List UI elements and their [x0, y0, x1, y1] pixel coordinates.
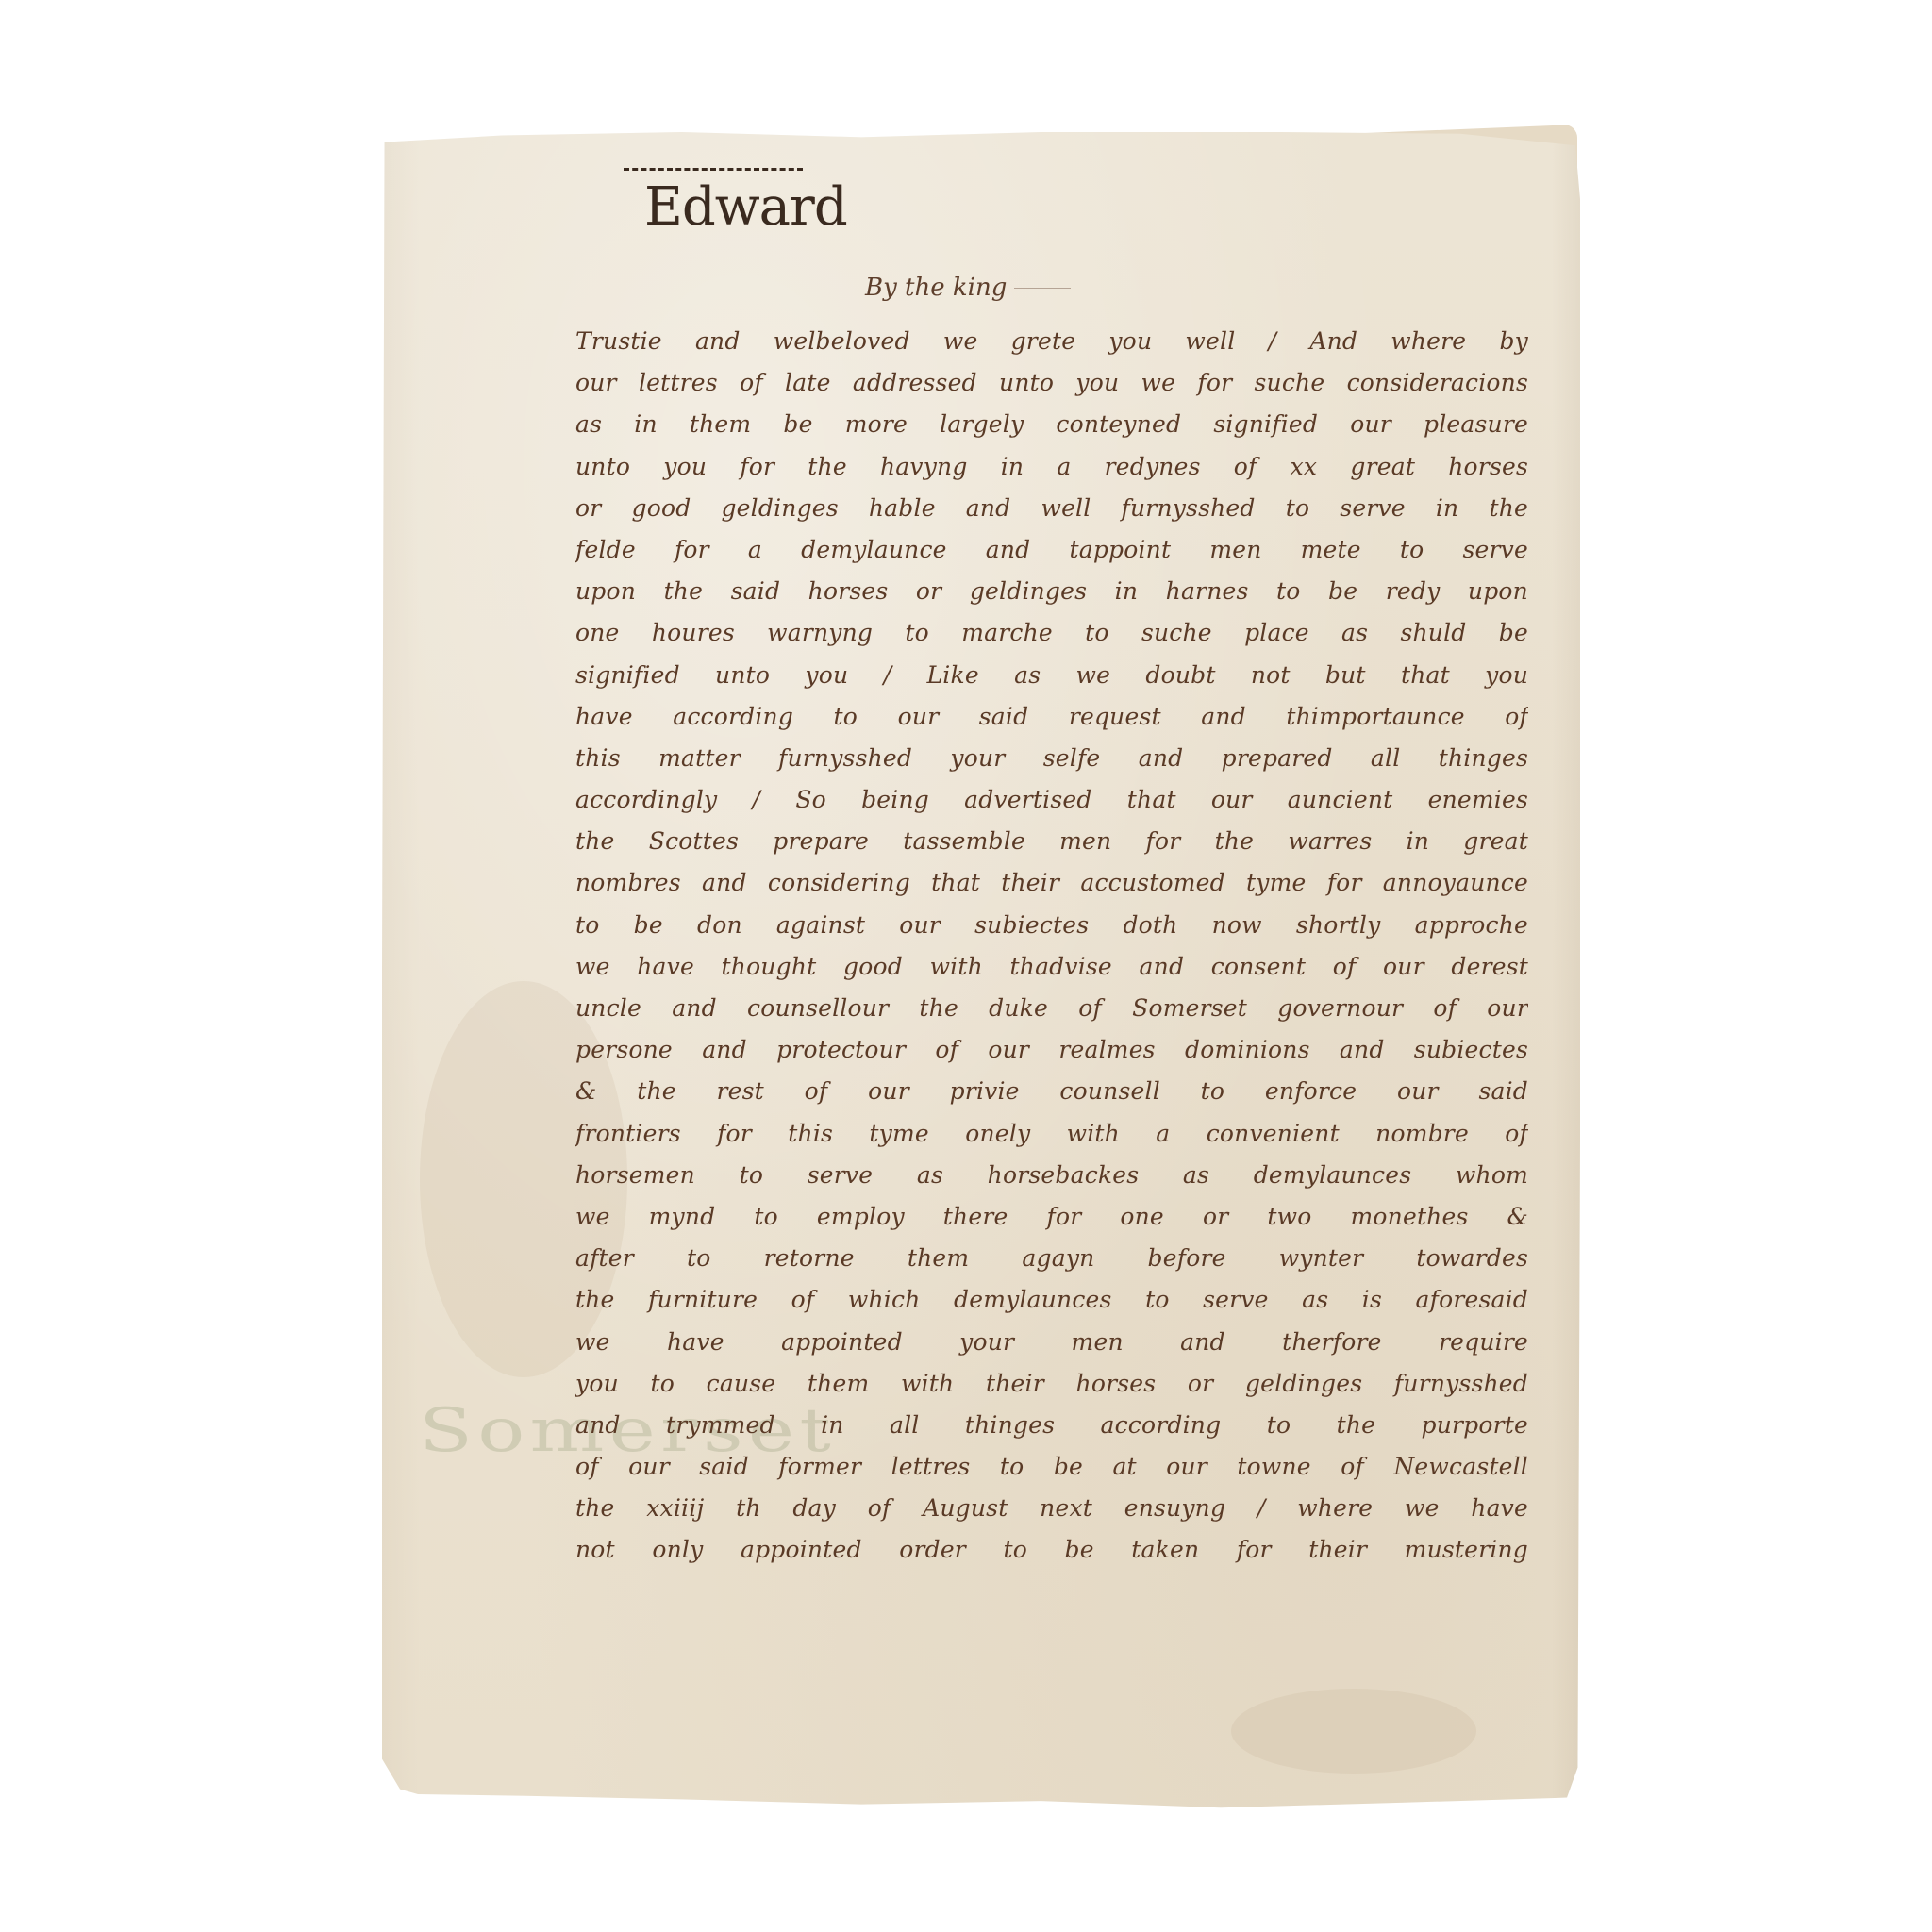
text-line: as in them be more largely conteyned sig…: [575, 404, 1528, 445]
text-line: and trymmed in all thinges according to …: [575, 1405, 1528, 1446]
text-line: have according to our said request and t…: [575, 696, 1528, 738]
text-line: nombres and considering that their accus…: [575, 862, 1528, 904]
text-line: not only appointed order to be taken for…: [575, 1529, 1528, 1571]
text-line: we mynd to employ there for one or two m…: [575, 1196, 1528, 1238]
royal-signature: Edward: [644, 181, 847, 234]
text-line: the xxiiij th day of August next ensuyng…: [575, 1488, 1528, 1529]
text-line: our lettres of late addressed unto you w…: [575, 362, 1528, 404]
text-line: you to cause them with their horses or g…: [575, 1363, 1528, 1405]
text-line: persone and protectour of our realmes do…: [575, 1029, 1528, 1071]
letter-body: Trustie and welbeloved we grete you well…: [575, 321, 1528, 1572]
text-line: to be don against our subiectes doth now…: [575, 905, 1528, 946]
text-line: horsemen to serve as horsebackes as demy…: [575, 1155, 1528, 1196]
text-line: Trustie and welbeloved we grete you well…: [575, 321, 1528, 362]
text-line: or good geldinges hable and well furnyss…: [575, 488, 1528, 529]
text-line: we have thought good with thadvise and c…: [575, 946, 1528, 988]
text-line: signified unto you / Like as we doubt no…: [575, 655, 1528, 696]
text-line: & the rest of our privie counsell to enf…: [575, 1071, 1528, 1112]
manuscript-page: Somerset Edward By the king Trustie and …: [382, 132, 1580, 1809]
text-line: the furniture of which demylaunces to se…: [575, 1279, 1528, 1321]
text-line: one houres warnyng to marche to suche pl…: [575, 612, 1528, 654]
signature-text: Edward: [644, 176, 847, 238]
letter-heading: By the king: [865, 274, 1007, 302]
signature-flourish: [624, 168, 803, 175]
text-line: we have appointed your men and therfore …: [575, 1322, 1528, 1363]
text-line: uncle and counsellour the duke of Somers…: [575, 988, 1528, 1029]
image-stage: Somerset Edward By the king Trustie and …: [0, 0, 1932, 1932]
text-line: after to retorne them agayn before wynte…: [575, 1238, 1528, 1279]
text-line: upon the said horses or geldinges in har…: [575, 571, 1528, 612]
text-line: felde for a demylaunce and tappoint men …: [575, 529, 1528, 571]
text-line: accordingly / So being advertised that o…: [575, 779, 1528, 821]
text-line: unto you for the havyng in a redynes of …: [575, 446, 1528, 488]
text-line: this matter furnysshed your selfe and pr…: [575, 738, 1528, 779]
text-line: of our said former lettres to be at our …: [575, 1446, 1528, 1488]
paper-stain: [1231, 1689, 1476, 1774]
text-line: frontiers for this tyme onely with a con…: [575, 1113, 1528, 1155]
text-line: the Scottes prepare tassemble men for th…: [575, 821, 1528, 862]
